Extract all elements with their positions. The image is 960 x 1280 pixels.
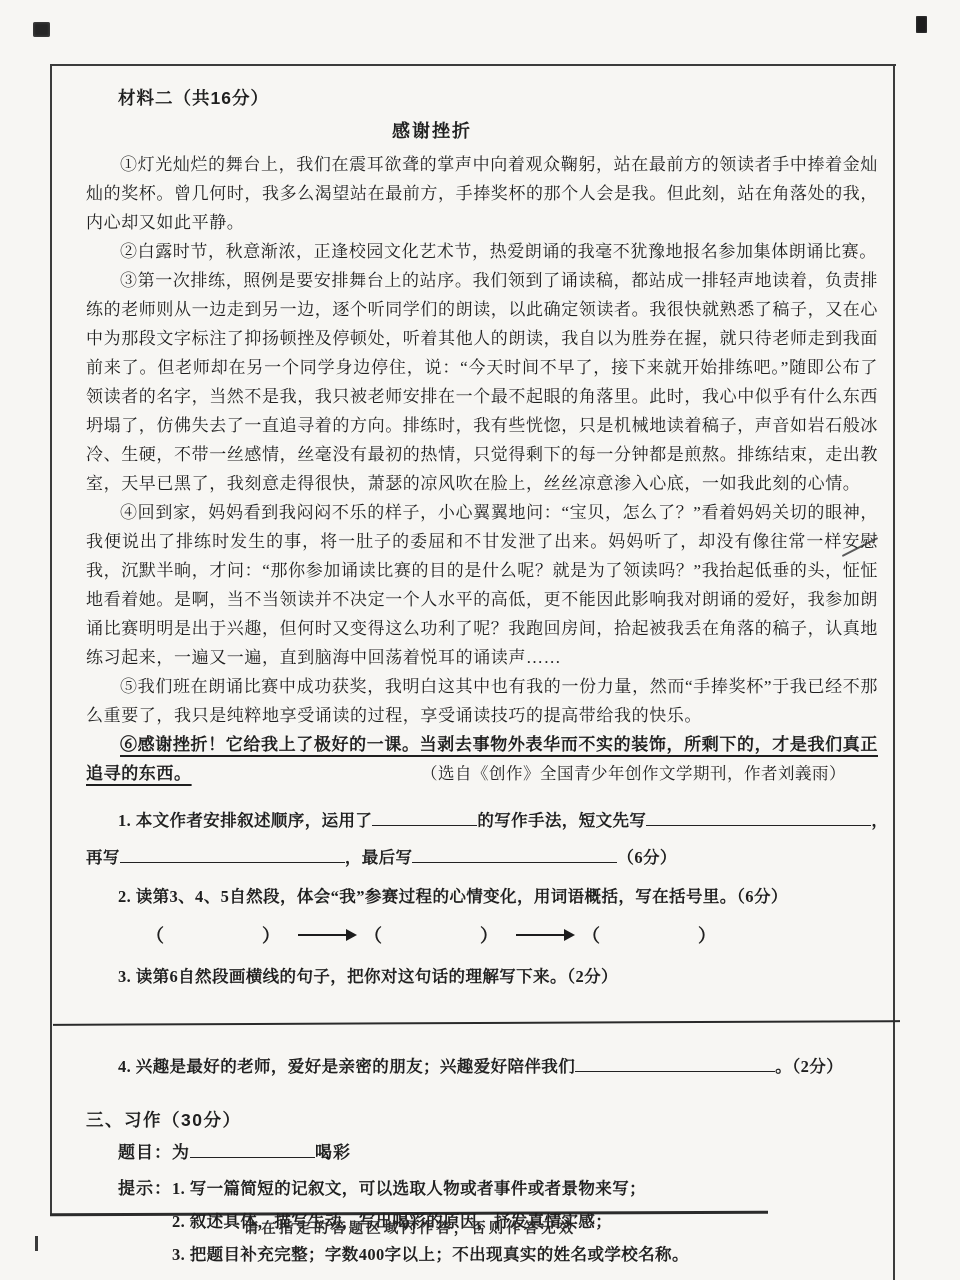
composition-heading: 三、习作（30分）: [86, 1104, 878, 1136]
essay-paragraph-6: ⑥感谢挫折！它给我上了极好的一课。当剥去事物外表华而不实的装饰，所剩下的，才是我…: [86, 730, 878, 788]
question-2-answer-brackets: （） （） （）: [86, 920, 878, 950]
bracket-open-1: （: [146, 922, 164, 948]
question-2-text: 2. 读第3、4、5自然段，体会“我”参赛过程的心情变化，用词语概括，写在括号里…: [86, 882, 878, 912]
page-border-top: [50, 64, 896, 66]
question-2: 2. 读第3、4、5自然段，体会“我”参赛过程的心情变化，用词语概括，写在括号里…: [86, 882, 878, 950]
answer-blank-q4: [575, 1056, 775, 1073]
answer-blank-q1-d: [412, 847, 617, 864]
page-border-left: [50, 64, 52, 1214]
bracket-close-1: ）: [262, 922, 280, 948]
page-border-right: [893, 64, 895, 1280]
question-1-line2-lead: 再写: [86, 848, 120, 867]
hint-item-1: 1. 写一篇简短的记叙文，可以选取人物或者事件或者景物来写；: [172, 1172, 689, 1205]
question-1-comma: ，: [871, 811, 888, 830]
exam-page-content: 材料二（共16分） 感谢挫折 ①灯光灿烂的舞台上，我们在震耳欲聋的掌声中向着观众…: [86, 84, 878, 1271]
bracket-open-3: （: [582, 922, 600, 948]
question-1-mid: 的写作手法，短文先写: [477, 811, 646, 830]
answer-blank-q1-c: [120, 847, 345, 864]
bottom-left-tick-mark: [35, 1236, 38, 1251]
question-1-lead: 1. 本文作者安排叙述顺序，运用了: [118, 811, 372, 830]
question-3-answer-line: [53, 1020, 900, 1026]
question-1-line-2: 再写，最后写（6分）: [86, 839, 878, 876]
composition-title-lead: 题目：为: [118, 1143, 190, 1162]
question-1-score: （6分）: [617, 848, 676, 867]
essay-paragraph-5: ⑤我们班在朗诵比赛中成功获奖，我明白这其中也有我的一份力量，然而“手捧奖杯”于我…: [86, 672, 878, 730]
essay-title: 感谢挫折: [86, 116, 778, 146]
composition-title-line: 题目：为喝彩: [118, 1136, 878, 1170]
question-1-line-1: 1. 本文作者安排叙述顺序，运用了的写作手法，短文先写，: [86, 802, 878, 839]
bracket-open-2: （: [364, 922, 382, 948]
question-3-text: 3. 读第6自然段画横线的句子，把你对这句话的理解写下来。（2分）: [86, 962, 878, 992]
essay-paragraph-4: ④回到家，妈妈看到我闷闷不乐的样子，小心翼翼地问：“宝贝，怎么了？”看着妈妈关切…: [86, 498, 878, 672]
bracket-close-3: ）: [698, 922, 716, 948]
question-4-end: 。（2分）: [775, 1057, 843, 1076]
answer-blank-q1-b: [646, 810, 871, 827]
composition-title-blank: [190, 1141, 315, 1158]
question-1-line2-mid: ，最后写: [345, 848, 413, 867]
right-arrow-icon: [516, 934, 566, 937]
question-1: 1. 本文作者安排叙述顺序，运用了的写作手法，短文先写， 再写，最后写（6分）: [86, 802, 878, 876]
question-4-lead: 4. 兴趣是最好的老师，爱好是亲密的朋友；兴趣爱好陪伴我们: [118, 1057, 575, 1076]
question-4: 4. 兴趣是最好的老师，爱好是亲密的朋友；兴趣爱好陪伴我们。（2分）: [86, 1052, 878, 1082]
question-3: 3. 读第6自然段画横线的句子，把你对这句话的理解写下来。（2分）: [86, 962, 878, 1024]
corner-registration-mark-left: [33, 22, 50, 37]
hint-item-3: 3. 把题目补充完整；字数400字以上；不出现真实的姓名或学校名称。: [172, 1238, 689, 1271]
right-arrow-icon: [298, 934, 348, 937]
essay-paragraph-3: ③第一次排练，照例是要安排舞台上的站序。我们领到了诵读稿，都站成一排轻声地读着，…: [86, 266, 878, 498]
composition-section: 三、习作（30分） 题目：为喝彩 提示： 1. 写一篇简短的记叙文，可以选取人物…: [86, 1104, 878, 1271]
essay-paragraph-1: ①灯光灿烂的舞台上，我们在震耳欲聋的掌声中向着观众鞠躬，站在最前方的领读者手中捧…: [86, 150, 878, 237]
essay-source-citation: （选自《创作》全国青少年创作文学期刊，作者刘義雨）: [421, 759, 846, 788]
essay-paragraph-2: ②白露时节，秋意渐浓，正逢校园文化艺术节，热爱朗诵的我毫不犹豫地报名参加集体朗诵…: [86, 237, 878, 266]
answer-blank-q1-a: [372, 810, 477, 827]
composition-title-tail: 喝彩: [315, 1143, 351, 1162]
material-section-header: 材料二（共16分）: [118, 84, 878, 113]
footer-instruction: 请在指定的答题区域内作答，否则作答无效: [0, 1217, 820, 1238]
bracket-close-2: ）: [480, 922, 498, 948]
corner-registration-mark-right: [916, 16, 927, 33]
